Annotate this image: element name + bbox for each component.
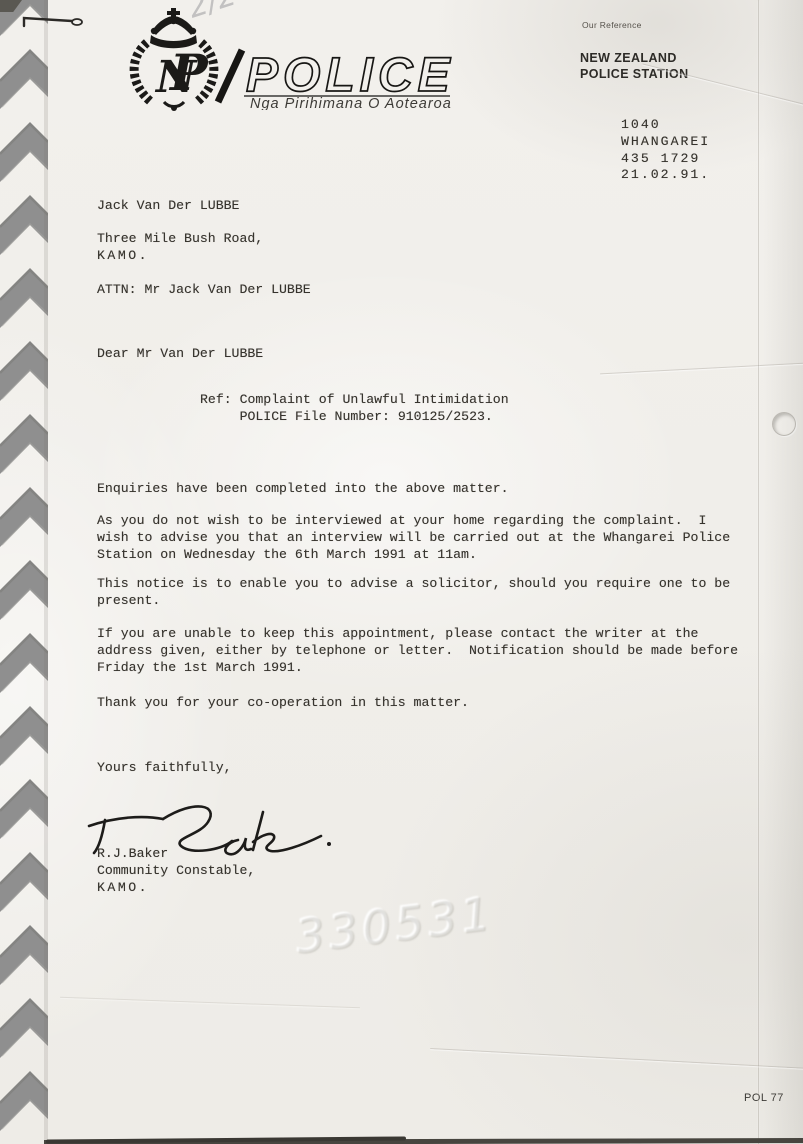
reference-block: Ref: Complaint of Unlawful Intimidation … [200, 391, 509, 425]
our-reference-label: Our Reference [582, 20, 642, 30]
wordmark-text: POLICE [246, 49, 455, 102]
station-details: 1040 WHANGAREI 435 1729 21.02.91. [621, 117, 710, 184]
body-paragraph: Enquiries have been completed into the a… [97, 480, 509, 497]
station-name: NEW ZEALAND POLICE STATION [580, 51, 689, 82]
body-paragraph: If you are unable to keep this appointme… [97, 625, 738, 676]
wordmark-slash-icon [218, 50, 242, 102]
maori-name: Nga Pirihimana O Aotearoa [250, 96, 452, 110]
torn-binding-chevron-edge [0, 0, 48, 1144]
body-paragraph: Thank you for your co-operation in this … [97, 694, 469, 711]
police-wordmark: POLICE Nga Pirihimana O Aotearoa [202, 44, 462, 110]
paper-crease [60, 997, 360, 1008]
body-paragraph: This notice is to enable you to advise a… [97, 575, 730, 609]
recipient-city: KAMO. [97, 247, 149, 264]
valediction: Yours faithfully, [97, 759, 232, 776]
paper-crease [430, 1048, 803, 1069]
signatory-location: KAMO. [97, 879, 149, 896]
signatory-title: Community Constable, [97, 862, 255, 879]
scan-right-shading [763, 0, 803, 1144]
body-paragraph: As you do not wish to be interviewed at … [97, 512, 730, 563]
recipient-name: Jack Van Der LUBBE [97, 197, 239, 214]
salutation: Dear Mr Van Der LUBBE [97, 345, 263, 362]
binding-wire-icon [16, 10, 92, 36]
scanned-letter-page: 2/2 N P POLICE Nga Pirihimana O Aotearoa… [0, 0, 803, 1144]
recipient-street: Three Mile Bush Road, [97, 230, 263, 247]
signatory-name: R.J.Baker [97, 845, 168, 862]
attention-line: ATTN: Mr Jack Van Der LUBBE [97, 281, 311, 298]
impressed-scribble: 330531 [292, 886, 497, 964]
paper-fold-line [758, 0, 759, 1144]
